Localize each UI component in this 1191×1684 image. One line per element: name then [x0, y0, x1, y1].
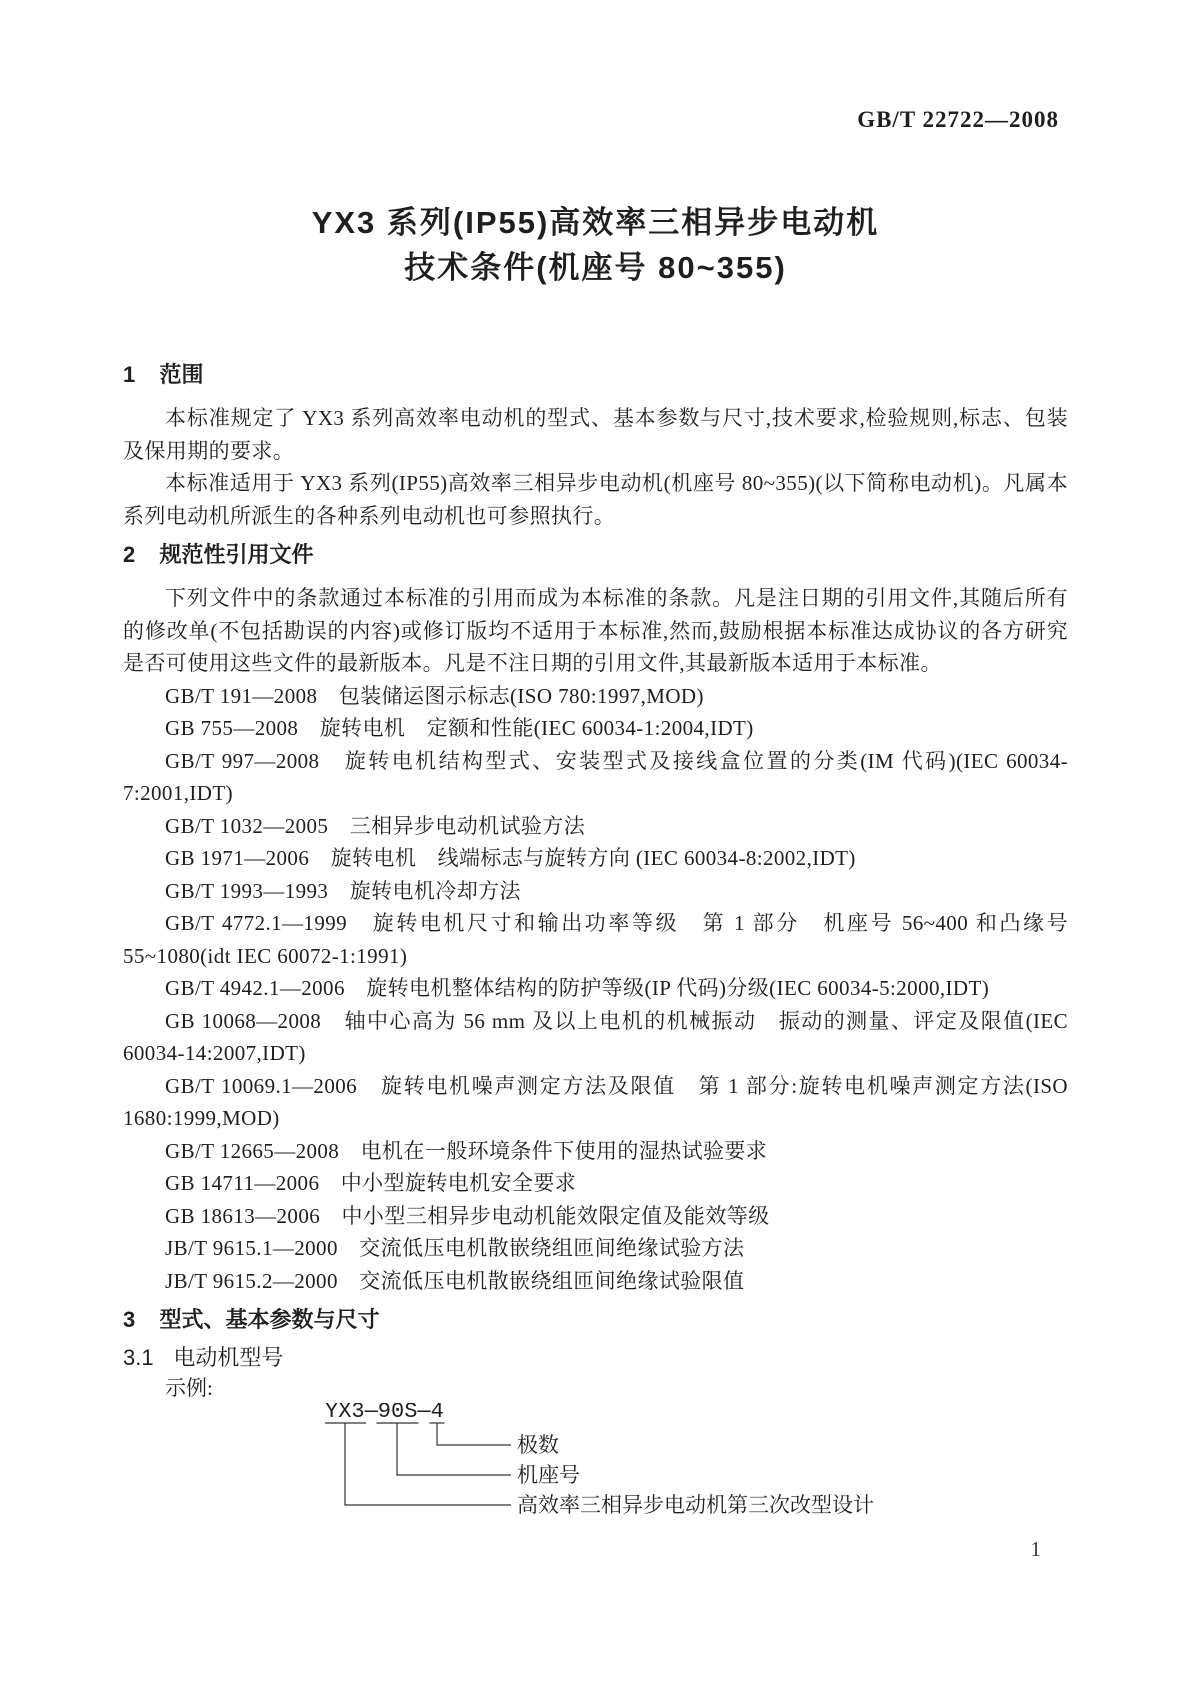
document-page: GB/T 22722—2008 YX3 系列(IP55)高效率三相异步电动机 技…: [0, 0, 1191, 1684]
reference-item-6: GB/T 1993—1993 旋转电机冷却方法: [123, 875, 1068, 908]
label-frame: 机座号: [517, 1463, 580, 1487]
section-2-title: 规范性引用文件: [159, 542, 313, 567]
reference-item-14: JB/T 9615.1—2000 交流低压电机散嵌绕组匝间绝缘试验方法: [123, 1232, 1068, 1265]
document-title-line1: YX3 系列(IP55)高效率三相异步电动机: [123, 200, 1068, 245]
model-separator-1: —: [364, 1403, 379, 1424]
label-series: 高效率三相异步电动机第三次改型设计: [517, 1493, 874, 1517]
reference-item-13: GB 18613—2006 中小型三相异步电动机能效限定值及能效等级: [123, 1200, 1068, 1233]
reference-item-7: GB/T 4772.1—1999 旋转电机尺寸和输出功率等级 第 1 部分 机座…: [123, 907, 1068, 972]
section-1-heading: 1范围: [123, 360, 1068, 390]
section-3-title: 型式、基本参数与尺寸: [159, 1307, 379, 1332]
section-3-heading: 3型式、基本参数与尺寸: [123, 1305, 1068, 1335]
reference-item-9: GB 10068—2008 轴中心高为 56 mm 及以上电机的机械振动 振动的…: [123, 1005, 1068, 1070]
section-1-title: 范围: [159, 362, 203, 387]
model-frame-text: 90S: [378, 1403, 418, 1424]
scope-paragraph-1: 本标准规定了 YX3 系列高效率电动机的型式、基本参数与尺寸,技术要求,检验规则…: [123, 402, 1068, 467]
section-3-number: 3: [123, 1307, 135, 1332]
connector-frame-line: [397, 1423, 511, 1475]
connector-poles-line: [437, 1423, 511, 1445]
scope-paragraph-2: 本标准适用于 YX3 系列(IP55)高效率三相异步电动机(机座号 80~355…: [123, 467, 1068, 532]
reference-item-8: GB/T 4942.1—2006 旋转电机整体结构的防护等级(IP 代码)分级(…: [123, 972, 1068, 1005]
reference-item-2: GB 755—2008 旋转电机 定额和性能(IEC 60034-1:2004,…: [123, 712, 1068, 745]
section-1-number: 1: [123, 362, 135, 387]
reference-item-4: GB/T 1032—2005 三相异步电动机试验方法: [123, 810, 1068, 843]
example-label: 示例:: [123, 1373, 1068, 1403]
section-2-heading: 2规范性引用文件: [123, 540, 1068, 570]
model-poles-text: 4: [431, 1403, 444, 1424]
document-title-line2: 技术条件(机座号 80~355): [123, 245, 1068, 290]
document-title: YX3 系列(IP55)高效率三相异步电动机 技术条件(机座号 80~355): [123, 200, 1068, 290]
page-content: GB/T 22722—2008 YX3 系列(IP55)高效率三相异步电动机 技…: [0, 106, 1191, 1564]
references-intro-paragraph: 下列文件中的条款通过本标准的引用而成为本标准的条款。凡是注日期的引用文件,其随后…: [123, 582, 1068, 680]
reference-item-11: GB/T 12665—2008 电机在一般环境条件下使用的湿热试验要求: [123, 1135, 1068, 1168]
subsection-3-1-heading: 3.1电动机型号: [123, 1343, 1068, 1373]
connector-series-line: [345, 1423, 511, 1505]
reference-item-3: GB/T 997—2008 旋转电机结构型式、安装型式及接线盒位置的分类(IM …: [123, 745, 1068, 810]
section-2-number: 2: [123, 542, 135, 567]
model-separator-2: —: [416, 1403, 431, 1424]
model-series-text: YX3: [325, 1403, 365, 1424]
reference-item-5: GB 1971—2006 旋转电机 线端标志与旋转方向 (IEC 60034-8…: [123, 842, 1068, 875]
reference-item-12: GB 14711—2006 中小型旋转电机安全要求: [123, 1167, 1068, 1200]
reference-item-10: GB/T 10069.1—2006 旋转电机噪声测定方法及限值 第 1 部分:旋…: [123, 1070, 1068, 1135]
label-poles: 极数: [517, 1433, 559, 1457]
subsection-3-1-title: 电动机型号: [173, 1345, 283, 1370]
model-designation-svg: YX3 — 90S — 4 极数 机座号 高效率三相异步电动机第三次改型设计: [325, 1403, 1045, 1528]
subsection-3-1-number: 3.1: [123, 1345, 154, 1370]
page-number: 1: [123, 1534, 1068, 1564]
model-designation-diagram: YX3 — 90S — 4 极数 机座号 高效率三相异步电动机第三次改型设计: [325, 1403, 1068, 1528]
standard-code-header: GB/T 22722—2008: [123, 106, 1068, 134]
reference-item-15: JB/T 9615.2—2000 交流低压电机散嵌绕组匝间绝缘试验限值: [123, 1265, 1068, 1298]
reference-item-1: GB/T 191—2008 包装储运图示标志(ISO 780:1997,MOD): [123, 680, 1068, 713]
